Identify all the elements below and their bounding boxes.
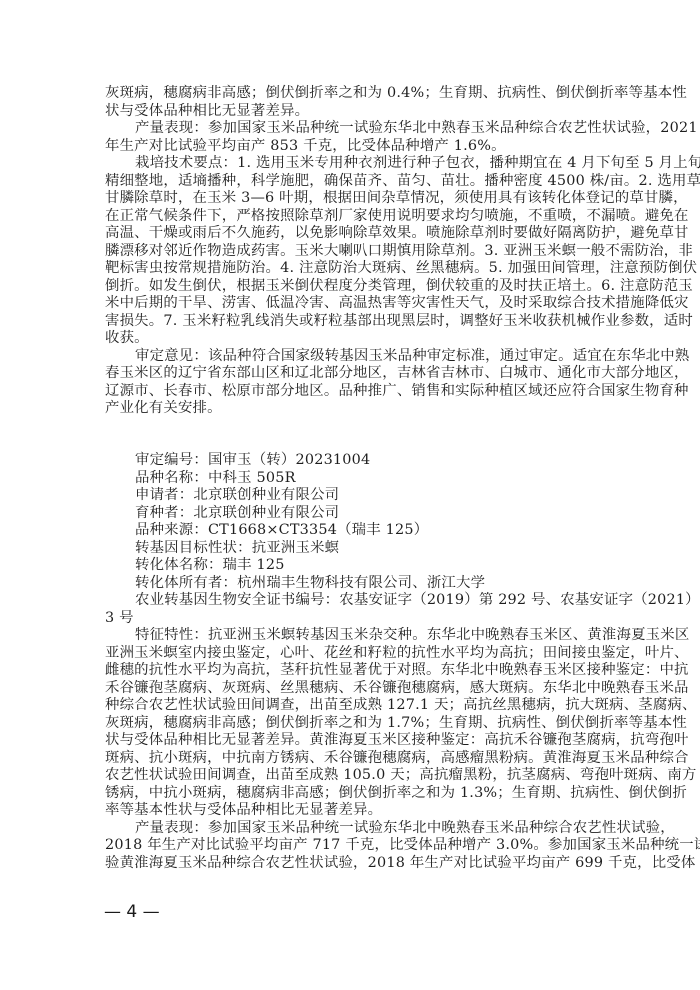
text-line: 倒折。如发生倒伏，根据玉米倒伏程度分类管理，倒伏较重的及时扶正培土。6. 注意防… [105, 277, 595, 295]
text-line: 亚洲玉米螟室内接虫鉴定，心叶、花丝和籽粒的抗性水平均为高抗；田间接虫鉴定，叶片、 [105, 644, 595, 662]
text-line: 高温、干燥或雨后不久施药，以免影响除草效果。喷施除草剂时要做好隔离防护，避免草甘 [105, 224, 595, 242]
text-line: 状与受体品种相比无显著差异。黄淮海夏玉米区接种鉴定：高抗禾谷镰孢茎腐病，抗弯孢叶 [105, 731, 595, 749]
text-line: 灰斑病，穗腐病非高感；倒伏倒折率之和为 1.7%；生育期、抗病性、倒伏倒折率等基… [105, 714, 595, 732]
yield-paragraph-line: 产量表现：参加国家玉米品种统一试验东华北中晚熟春玉米品种综合农艺性状试验， [135, 819, 595, 837]
approval-number-field: 审定编号：国审玉（转）20231004 [135, 451, 595, 469]
text-line: 害损失。7. 玉米籽粒乳线消失或籽粒基部出现黑层时，调整好玉米收获机械作业参数，… [105, 312, 595, 330]
text-line: 种综合农艺性状试验田间调查，出苗至成熟 127.1 天；高抗丝黑穗病，抗大斑病、… [105, 696, 595, 714]
text-line: 产业化有关安排。 [105, 399, 595, 417]
text-line: 禾谷镰孢茎腐病、灰斑病、丝黑穗病、禾谷镰孢穗腐病，感大斑病。东华北中晚熟春玉米品 [105, 679, 595, 697]
text-line: 雌穗的抗性水平均为高抗，茎秆抗性显著优于对照。东华北中晚熟春玉米区接种鉴定：中抗 [105, 661, 595, 679]
text-line: 米中后期的干旱、涝害、低温冷害、高温热害等灾害性天气，及时采取综合技术措施降低灾 [105, 294, 595, 312]
document-page: 灰斑病，穗腐病非高感；倒伏倒折率之和为 0.4%；生育期、抗病性、倒伏倒折率等基… [0, 0, 700, 990]
page-number: — 4 — [104, 902, 160, 922]
text-line: 靶标害虫按常规措施防治。4. 注意防治大斑病、丝黑穗病。5. 加强田间管理，注意… [105, 259, 595, 277]
variety-name-field: 品种名称：中科玉 505R [135, 469, 595, 487]
event-name-field: 转化体名称：瑞丰 125 [135, 556, 595, 574]
text-line: 验黄淮海夏玉米品种综合农艺性状试验，2018 年生产对比试验平均亩产 699 千… [105, 854, 595, 872]
biosafety-certificate-continuation: 3 号 [105, 609, 595, 627]
text-line: 2018 年生产对比试验平均亩产 717 千克，比受体品种增产 3.0%。参加国… [105, 836, 595, 854]
variety-source-field: 品种来源：CT1668×CT3354（瑞丰 125） [135, 521, 595, 539]
event-owner-field: 转化体所有者：杭州瑞丰生物科技有限公司、浙江大学 [135, 574, 595, 592]
text-line: 辽源市、长春市、松原市部分地区。品种推广、销售和实际种植区域还应符合国家生物育种 [105, 382, 595, 400]
text-line: 农艺性状试验田间调查，出苗至成熟 105.0 天；高抗瘤黑粉，抗茎腐病、弯孢叶斑… [105, 766, 595, 784]
text-line: 斑病、抗小斑病，中抗南方锈病、禾谷镰孢穗腐病，高感瘤黑粉病。黄淮海夏玉米品种综合 [105, 749, 595, 767]
cultivation-paragraph-line: 栽培技术要点：1. 选用玉米专用种衣剂进行种子包衣，播种期宜在 4 月下旬至 5… [135, 154, 595, 172]
text-line: 状与受体品种相比无显著差异。 [105, 102, 595, 120]
yield-paragraph-line: 产量表现：参加国家玉米品种统一试验东华北中熟春玉米品种综合农艺性状试验，2021 [135, 119, 595, 137]
text-line: 在正常气候条件下，严格按照除草剂厂家使用说明要求均匀喷施，不重喷，不漏喷。避免在 [105, 207, 595, 225]
breeder-field: 育种者：北京联创种业有限公司 [135, 504, 595, 522]
text-line: 率等基本性状与受体品种相比无显著差异。 [105, 801, 595, 819]
text-line: 锈病，中抗小斑病，穗腐病非高感；倒伏倒折率之和为 1.3%；生育期、抗病性、倒伏… [105, 784, 595, 802]
text-line: 收获。 [105, 329, 595, 347]
text-line: 灰斑病，穗腐病非高感；倒伏倒折率之和为 0.4%；生育期、抗病性、倒伏倒折率等基… [105, 84, 595, 102]
applicant-field: 申请者：北京联创种业有限公司 [135, 486, 595, 504]
approval-opinion-line: 审定意见：该品种符合国家级转基因玉米品种审定标准，通过审定。适宜在东华北中熟 [135, 347, 595, 365]
text-line: 精细整地，适墒播种，科学施肥，确保苗齐、苗匀、苗壮。播种密度 4500 株/亩。… [105, 172, 595, 190]
text-line: 年生产对比试验平均亩产 853 千克，比受体品种增产 1.6%。 [105, 137, 595, 155]
text-line: 甘膦除草时，在玉米 3—6 叶期，根据田间杂草情况，须使用具有该转化体登记的草甘… [105, 189, 595, 207]
characteristics-paragraph-line: 特征特性：抗亚洲玉米螟转基因玉米杂交种。东华北中晚熟春玉米区、黄淮海夏玉米区 [135, 626, 595, 644]
transgenic-trait-field: 转基因目标性状：抗亚洲玉米螟 [135, 539, 595, 557]
biosafety-certificate-field: 农业转基因生物安全证书编号：农基安证字（2019）第 292 号、农基安证字（2… [135, 591, 595, 609]
text-line: 春玉米区的辽宁省东部山区和辽北部分地区，吉林省吉林市、白城市、通化市大部分地区， [105, 364, 595, 382]
text-line: 膦漂移对邻近作物造成药害。玉米大喇叭口期慎用除草剂。3. 亚洲玉米螟一般不需防治… [105, 242, 595, 260]
